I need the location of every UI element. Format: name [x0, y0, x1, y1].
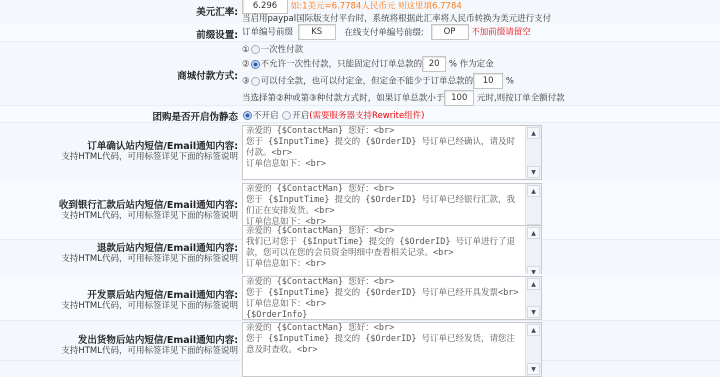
rewrite-note: (需要服务器支持Rewrite组件) — [309, 111, 424, 121]
groupbuy-rewrite-row: 团购是否开启伪静态 不开启 开启(需要服务器支持Rewrite组件) — [0, 106, 720, 123]
scroll-up-arrow-icon[interactable]: ▲ — [527, 227, 540, 239]
notification-textarea-shipped[interactable]: 亲爱的 {$ContactMan} 您好：<br> 您于 {$InputTime… — [242, 322, 542, 353]
scroll-down-arrow-icon[interactable]: ▼ — [527, 166, 540, 178]
scroll-up-arrow-icon[interactable]: ▲ — [527, 127, 540, 139]
scrollbar[interactable]: ▲ ▼ — [525, 126, 541, 179]
notification-sub: 支持HTML代码，可用标签详见下面的标签说明 — [61, 299, 238, 311]
option-number: ③ — [242, 77, 250, 87]
threshold-amount-input[interactable]: 100 — [444, 90, 474, 106]
radio-rewrite-on[interactable] — [282, 111, 291, 120]
payment-option-1[interactable]: ①一次性付款 — [242, 43, 303, 55]
scrollbar[interactable]: ▲ ▼ — [525, 323, 541, 353]
radio-rewrite-off[interactable] — [243, 111, 252, 120]
notification-row-shipped: 发出货物后站内短信/Email通知内容: 支持HTML代码，可用标签详见下面的标… — [0, 320, 720, 353]
groupbuy-rewrite-label: 团购是否开启伪静态 — [152, 109, 238, 123]
option-text: 不允许一次性付款，只能固定付订单总款的 — [261, 60, 423, 70]
option-number: ② — [242, 60, 250, 70]
option-text: 一次性付款 — [261, 45, 304, 55]
notification-sub: 支持HTML代码，可用标签详见下面的标签说明 — [61, 150, 238, 162]
notification-sub: 支持HTML代码，可用标签详见下面的标签说明 — [61, 344, 238, 353]
option-suffix: % 作为定金 — [449, 60, 494, 70]
deposit-fixed-percent-input[interactable]: 20 — [422, 56, 446, 72]
online-prefix-input[interactable]: OP — [431, 24, 469, 40]
order-prefix-input[interactable]: KS — [298, 24, 336, 40]
deposit-min-percent-input[interactable]: 10 — [473, 73, 503, 89]
textarea-content: 亲爱的 {$ContactMan} 您好：<br> 您于 {$InputTime… — [246, 277, 521, 320]
prefix-note: 不加前缀请留空 — [471, 28, 531, 38]
rewrite-on-label: 开启 — [292, 111, 309, 121]
exchange-rate-label: 美元汇率: — [196, 4, 238, 18]
textarea-content: 亲爱的 {$ContactMan} 您好：<br> 我们已对您于 {$Input… — [246, 226, 521, 270]
payment-option-2[interactable]: ②不允许一次性付款，只能固定付订单总款的20 % 作为定金 — [242, 56, 494, 72]
rewrite-off-label: 不开启 — [253, 111, 279, 121]
scroll-up-arrow-icon[interactable]: ▲ — [527, 324, 540, 336]
radio-deposit-fixed[interactable] — [251, 60, 260, 69]
notification-textarea-order-confirm[interactable]: 亲爱的 {$ContactMan} 您好：<br> 您于 {$InputTime… — [242, 125, 542, 180]
exchange-rate-hint: 如:1美元=6.7784人民币元 则这里填6.7784 — [291, 2, 462, 12]
option-text: 可以付全款，也可以付定金，但定金不能少于订单总款的 — [261, 77, 474, 87]
option-number: ① — [242, 45, 250, 55]
scroll-up-arrow-icon[interactable]: ▲ — [527, 278, 540, 290]
payment-mode-row: 商城付款方式: ①一次性付款 ②不允许一次性付款，只能固定付订单总款的20 % … — [0, 41, 720, 106]
textarea-content: 亲爱的 {$ContactMan} 您好：<br> 您于 {$InputTime… — [246, 184, 521, 228]
notification-row-order-confirm: 订单确认站内短信/Email通知内容: 支持HTML代码，可用标签详见下面的标签… — [0, 123, 720, 182]
scrollbar[interactable]: ▲ ▼ — [525, 277, 541, 319]
prefix-label: 前缀设置: — [196, 27, 238, 41]
threshold-text-after: 元时,则按订单全额付款 — [477, 94, 565, 104]
payment-mode-label: 商城付款方式: — [177, 68, 238, 82]
payment-threshold: 当选择第②种或第③种付款方式时，如果订单总款小于100 元时,则按订单全额付款 — [242, 90, 565, 106]
exchange-rate-row: 美元汇率: 6.296 如:1美元=6.7784人民币元 则这里填6.7784 … — [0, 0, 720, 24]
scroll-up-arrow-icon[interactable]: ▲ — [527, 185, 540, 197]
threshold-text: 当选择第②种或第③种付款方式时，如果订单总款小于 — [242, 94, 444, 104]
scrollbar[interactable]: ▲ ▼ — [525, 226, 541, 279]
option-suffix: % — [506, 77, 514, 87]
payment-option-3[interactable]: ③可以付全款，也可以付定金，但定金不能少于订单总款的10 % — [242, 73, 514, 89]
order-prefix-label: 订单编号前缀 — [242, 28, 293, 38]
online-prefix-label: 在线支付单编号前缀: — [344, 28, 423, 38]
radio-deposit-min[interactable] — [251, 77, 260, 86]
notification-textarea-invoice[interactable]: 亲爱的 {$ContactMan} 您好：<br> 您于 {$InputTime… — [242, 276, 542, 320]
notification-row-invoice: 开发票后站内短信/Email通知内容: 支持HTML代码，可用标签详见下面的标签… — [0, 274, 720, 321]
radio-one-time[interactable] — [251, 45, 260, 54]
notification-sub: 支持HTML代码，可用标签详见下面的标签说明 — [61, 209, 238, 221]
prefix-row: 前缀设置: 订单编号前缀 KS 在线支付单编号前缀: OP 不加前缀请留空 — [0, 23, 720, 42]
notification-sub: 支持HTML代码，可用标签详见下面的标签说明 — [61, 252, 238, 264]
scroll-down-arrow-icon[interactable]: ▼ — [527, 306, 540, 318]
textarea-content: 亲爱的 {$ContactMan} 您好：<br> 您于 {$InputTime… — [246, 126, 521, 170]
textarea-content: 亲爱的 {$ContactMan} 您好：<br> 您于 {$InputTime… — [246, 323, 521, 353]
notification-textarea-refund[interactable]: 亲爱的 {$ContactMan} 您好：<br> 我们已对您于 {$Input… — [242, 225, 542, 280]
